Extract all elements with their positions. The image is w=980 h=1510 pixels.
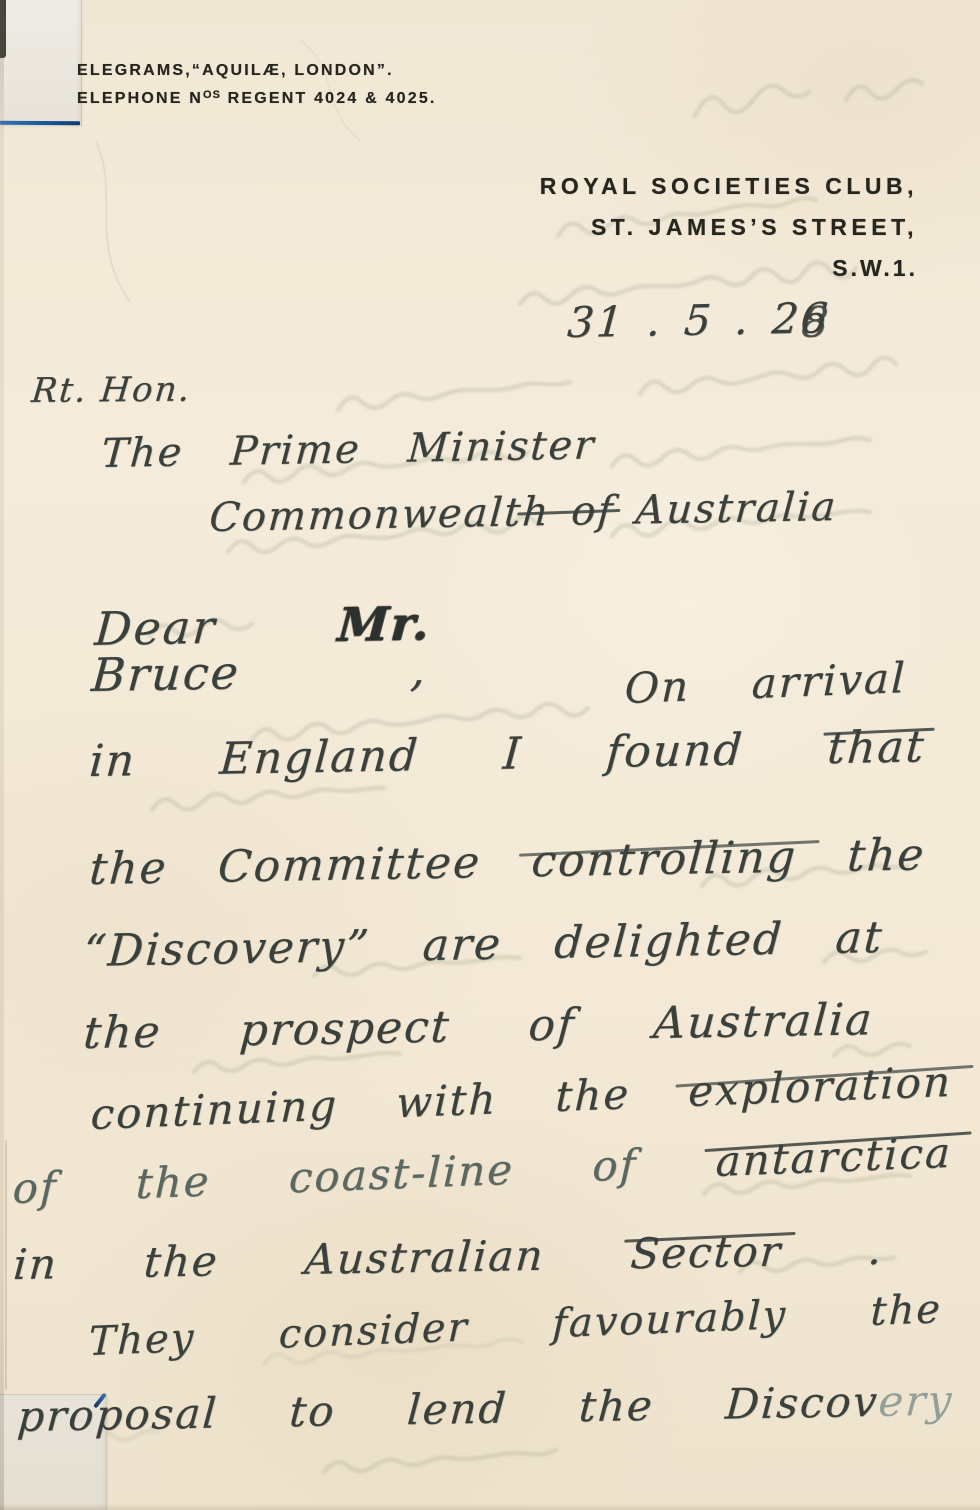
club-street: ST. JAMES’S STREET, bbox=[540, 207, 918, 248]
date-main: 31 . 5 . 2 bbox=[566, 294, 803, 347]
date-overwritten-digit: 68 bbox=[799, 297, 831, 340]
letterhead-contact-block: ELEGRAMS,“AQUILÆ, LONDON”. ELEPHONE NOS … bbox=[77, 58, 437, 111]
paper-bottom-edge bbox=[0, 1503, 980, 1510]
telephone-line: ELEPHONE NOS REGENT 4024 & 4025. bbox=[77, 83, 437, 111]
telephone-numbers: REGENT 4024 & 4025. bbox=[221, 90, 437, 107]
telephone-nos-superscript: OS bbox=[203, 89, 221, 101]
recipient-line-2: The Prime Minister bbox=[100, 425, 597, 474]
tape-patch-top-left bbox=[0, 0, 82, 126]
letter-page: ELEGRAMS,“AQUILÆ, LONDON”. ELEPHONE NOS … bbox=[0, 0, 980, 1510]
salutation: Dear Mr. Bruce , bbox=[90, 600, 432, 698]
word-of-with-flourish: of bbox=[570, 488, 616, 535]
paper-left-edge bbox=[0, 0, 4, 1510]
letterhead-club-address: ROYAL SOCIETIES CLUB, ST. JAMES’S STREET… bbox=[540, 166, 918, 289]
recipient-line-3: Commonwealth of Australia bbox=[208, 487, 839, 538]
body-line-1: On arrival bbox=[624, 657, 907, 710]
club-postal-district: S.W.1. bbox=[540, 248, 918, 289]
club-name: ROYAL SOCIETIES CLUB, bbox=[540, 166, 918, 207]
faded-word-ending: ery bbox=[877, 1376, 955, 1426]
recipient-line-1: Rt. Hon. bbox=[30, 373, 193, 408]
telephone-text: ELEPHONE N bbox=[77, 90, 203, 107]
blue-ink-line bbox=[0, 121, 80, 126]
handwritten-date: 31 . 5 . 268 bbox=[566, 297, 831, 344]
paper-rough-edge bbox=[5, 1140, 7, 1390]
telegrams-line: ELEGRAMS,“AQUILÆ, LONDON”. bbox=[77, 58, 437, 83]
word-that-with-bar: that bbox=[826, 721, 927, 774]
